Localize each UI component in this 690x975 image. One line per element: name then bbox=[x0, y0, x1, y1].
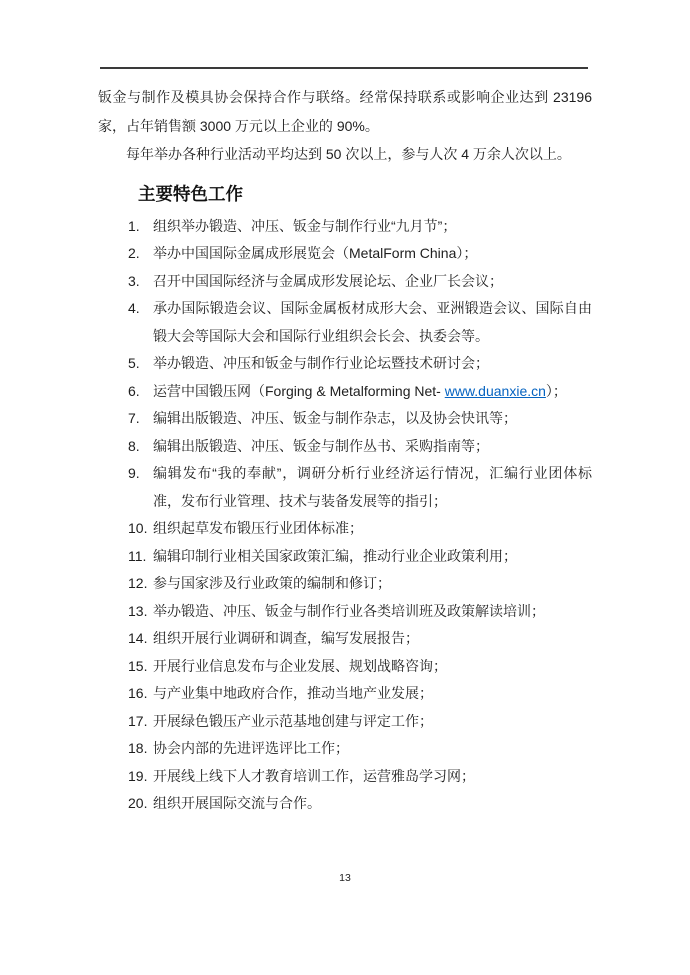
list-item-number: 2. bbox=[128, 240, 140, 268]
list-item-number: 20. bbox=[128, 790, 147, 818]
list-item-text-post: ）； bbox=[546, 383, 567, 399]
list-item-14: 14.组织开展行业调研和调查，编写发展报告； bbox=[98, 625, 592, 653]
list-item-7: 7.编辑出版锻造、冲压、钣金与制作杂志，以及协会快讯等； bbox=[98, 405, 592, 433]
list-item-text: 开展行业信息发布与企业发展、规划战略咨询； bbox=[153, 658, 447, 674]
list-item-text: 编辑发布“我的奉献”，调研分析行业经济运行情况，汇编行业团体标准，发布行业管理、… bbox=[153, 465, 592, 509]
document-page: 钣金与制作及模具协会保持合作与联络。经常保持联系或影响企业达到 23196 家，… bbox=[0, 0, 690, 975]
list-item-number: 12. bbox=[128, 570, 147, 598]
list-item-number: 15. bbox=[128, 653, 147, 681]
list-item-text: 组织举办锻造、冲压、钣金与制作行业“九月节”； bbox=[153, 218, 456, 234]
list-item-text: 协会内部的先进评选评比工作； bbox=[153, 740, 349, 756]
list-item-number: 7. bbox=[128, 405, 140, 433]
list-item-number: 3. bbox=[128, 268, 140, 296]
list-item-text: 举办锻造、冲压和钣金与制作行业论坛暨技术研讨会； bbox=[153, 355, 489, 371]
list-item-number: 10. bbox=[128, 515, 147, 543]
list-item-number: 19. bbox=[128, 763, 147, 791]
list-item-11: 11.编辑印制行业相关国家政策汇编，推动行业企业政策利用； bbox=[98, 543, 592, 571]
list-item-13: 13.举办锻造、冲压、钣金与制作行业各类培训班及政策解读培训； bbox=[98, 598, 592, 626]
list-item-number: 13. bbox=[128, 598, 147, 626]
list-item-text: 组织起草发布锻压行业团体标准； bbox=[153, 520, 363, 536]
duanxie-website-link[interactable]: www.duanxie.cn bbox=[445, 383, 546, 399]
feature-work-list: 1.组织举办锻造、冲压、钣金与制作行业“九月节”； 2.举办中国国际金属成形展览… bbox=[98, 213, 592, 818]
list-item-number: 6. bbox=[128, 378, 140, 406]
list-item-8: 8.编辑出版锻造、冲压、钣金与制作丛书、采购指南等； bbox=[98, 433, 592, 461]
list-item-16: 16.与产业集中地政府合作，推动当地产业发展； bbox=[98, 680, 592, 708]
list-item-text-pre: 运营中国锻压网（Forging & Metalforming Net- bbox=[153, 383, 445, 399]
list-item-number: 11. bbox=[128, 543, 146, 571]
list-item-text: 召开中国国际经济与金属成形发展论坛、企业厂长会议； bbox=[153, 273, 503, 289]
list-item-text: 组织开展国际交流与合作。 bbox=[153, 795, 321, 811]
intro-paragraph-2: 每年举办各种行业活动平均达到 50 次以上，参与人次 4 万余人次以上。 bbox=[98, 140, 592, 169]
list-item-number: 8. bbox=[128, 433, 140, 461]
list-item-number: 16. bbox=[128, 680, 147, 708]
list-item-4: 4.承办国际锻造会议、国际金属板材成形大会、亚洲锻造会议、国际自由锻大会等国际大… bbox=[98, 295, 592, 350]
list-item-text: 编辑印制行业相关国家政策汇编，推动行业企业政策利用； bbox=[153, 548, 517, 564]
page-number: 13 bbox=[0, 872, 690, 884]
list-item-number: 17. bbox=[128, 708, 147, 736]
header-divider-line bbox=[100, 67, 588, 69]
list-item-text: 开展绿色锻压产业示范基地创建与评定工作； bbox=[153, 713, 433, 729]
list-item-number: 9. bbox=[128, 460, 140, 488]
list-item-text: 开展线上线下人才教育培训工作，运营雅岛学习网； bbox=[153, 768, 475, 784]
list-item-number: 18. bbox=[128, 735, 147, 763]
list-item-17: 17.开展绿色锻压产业示范基地创建与评定工作； bbox=[98, 708, 592, 736]
list-item-text: 编辑出版锻造、冲压、钣金与制作杂志，以及协会快讯等； bbox=[153, 410, 517, 426]
list-item-6: 6.运营中国锻压网（Forging & Metalforming Net- ww… bbox=[98, 378, 592, 406]
list-item-text: 与产业集中地政府合作，推动当地产业发展； bbox=[153, 685, 433, 701]
list-item-1: 1.组织举办锻造、冲压、钣金与制作行业“九月节”； bbox=[98, 213, 592, 241]
list-item-text: 运营中国锻压网（Forging & Metalforming Net- www.… bbox=[153, 383, 567, 399]
list-item-text: 组织开展行业调研和调查，编写发展报告； bbox=[153, 630, 419, 646]
intro-paragraph-1: 钣金与制作及模具协会保持合作与联络。经常保持联系或影响企业达到 23196 家，… bbox=[98, 83, 592, 140]
page-content: 钣金与制作及模具协会保持合作与联络。经常保持联系或影响企业达到 23196 家，… bbox=[98, 83, 592, 818]
list-item-10: 10.组织起草发布锻压行业团体标准； bbox=[98, 515, 592, 543]
list-item-number: 14. bbox=[128, 625, 147, 653]
list-item-number: 4. bbox=[128, 295, 140, 323]
list-item-3: 3.召开中国国际经济与金属成形发展论坛、企业厂长会议； bbox=[98, 268, 592, 296]
list-item-text: 编辑出版锻造、冲压、钣金与制作丛书、采购指南等； bbox=[153, 438, 489, 454]
list-item-text: 承办国际锻造会议、国际金属板材成形大会、亚洲锻造会议、国际自由锻大会等国际大会和… bbox=[153, 300, 592, 344]
list-item-9: 9.编辑发布“我的奉献”，调研分析行业经济运行情况，汇编行业团体标准，发布行业管… bbox=[98, 460, 592, 515]
list-item-20: 20.组织开展国际交流与合作。 bbox=[98, 790, 592, 818]
list-item-15: 15.开展行业信息发布与企业发展、规划战略咨询； bbox=[98, 653, 592, 681]
list-item-19: 19.开展线上线下人才教育培训工作，运营雅岛学习网； bbox=[98, 763, 592, 791]
list-item-5: 5.举办锻造、冲压和钣金与制作行业论坛暨技术研讨会； bbox=[98, 350, 592, 378]
list-item-text: 参与国家涉及行业政策的编制和修订； bbox=[153, 575, 391, 591]
list-item-18: 18.协会内部的先进评选评比工作； bbox=[98, 735, 592, 763]
list-item-number: 1. bbox=[128, 213, 140, 241]
list-item-text: 举办中国国际金属成形展览会（MetalForm China）； bbox=[153, 245, 477, 261]
list-item-text: 举办锻造、冲压、钣金与制作行业各类培训班及政策解读培训； bbox=[153, 603, 545, 619]
list-item-12: 12.参与国家涉及行业政策的编制和修订； bbox=[98, 570, 592, 598]
section-heading: 主要特色工作 bbox=[138, 181, 592, 207]
list-item-2: 2.举办中国国际金属成形展览会（MetalForm China）； bbox=[98, 240, 592, 268]
list-item-number: 5. bbox=[128, 350, 140, 378]
